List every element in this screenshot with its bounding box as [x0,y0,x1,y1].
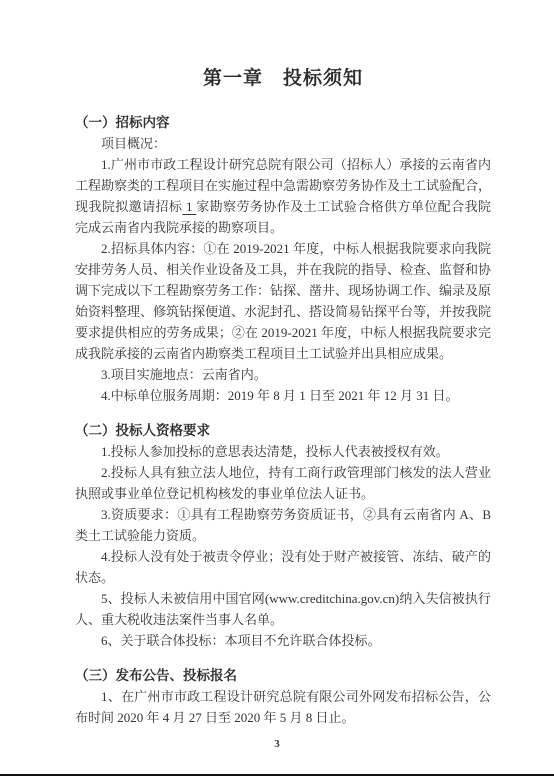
paragraph-item-1: 1.广州市市政工程设计研究总院有限公司（招标人）承接的云南省内工程勘察类的工程项… [75,154,491,238]
paragraph-item-4: 4.中标单位服务周期：2019 年 8 月 1 日至 2021 年 12 月 3… [75,385,491,406]
scan-bottom-edge-line [0,774,554,776]
paragraph-item-2: 2.招标具体内容：①在 2019-2021 年度，中标人根据我院要求向我院安排劳… [75,238,491,364]
section-bid-content: （一）招标内容 项目概况： 1.广州市市政工程设计研究总院有限公司（招标人）承接… [75,112,491,406]
chapter-title: 第一章 投标须知 [75,66,491,92]
paragraph-item-1: 1、在广州市市政工程设计研究总院有限公司外网发布招标公告，公布时间 2020 年… [75,686,491,728]
section-announcement-registration: （三）发布公告、投标报名 1、在广州市市政工程设计研究总院有限公司外网发布招标公… [75,665,491,728]
paragraph-item-3: 3.项目实施地点：云南省内。 [75,364,491,385]
paragraph-item-4: 4.投标人没有处于被责令停业；没有处于财产被接管、冻结、破产的状态。 [75,546,491,588]
paragraph-item-3: 3.资质要求：①具有工程勘察劳务资质证书，②具有云南省内 A、B 类土工试验能力… [75,504,491,546]
paragraph-item-5: 5、投标人未被信用中国官网(www.creditchina.gov.cn)纳入失… [75,588,491,630]
underlined-bidder-count: 1 [182,199,196,214]
paragraph-item-1: 1.投标人参加投标的意思表达清楚，投标人代表被授权有效。 [75,441,491,462]
paragraph-project-overview: 项目概况： [75,133,491,154]
page-number: 3 [69,738,485,750]
paragraph-item-2: 2.投标人具有独立法人地位，持有工商行政管理部门核发的法人营业执照或事业单位登记… [75,462,491,504]
section-heading-bid-content: （一）招标内容 [75,112,491,133]
document-page: 第一章 投标须知 （一）招标内容 项目概况： 1.广州市市政工程设计研究总院有限… [0,0,554,783]
paragraph-item-6: 6、关于联合体投标：本项目不允许联合体投标。 [75,630,491,651]
section-heading-announcement-registration: （三）发布公告、投标报名 [75,665,491,686]
section-heading-bidder-qualifications: （二）投标人资格要求 [75,420,491,441]
section-bidder-qualifications: （二）投标人资格要求 1.投标人参加投标的意思表达清楚，投标人代表被授权有效。 … [75,420,491,651]
